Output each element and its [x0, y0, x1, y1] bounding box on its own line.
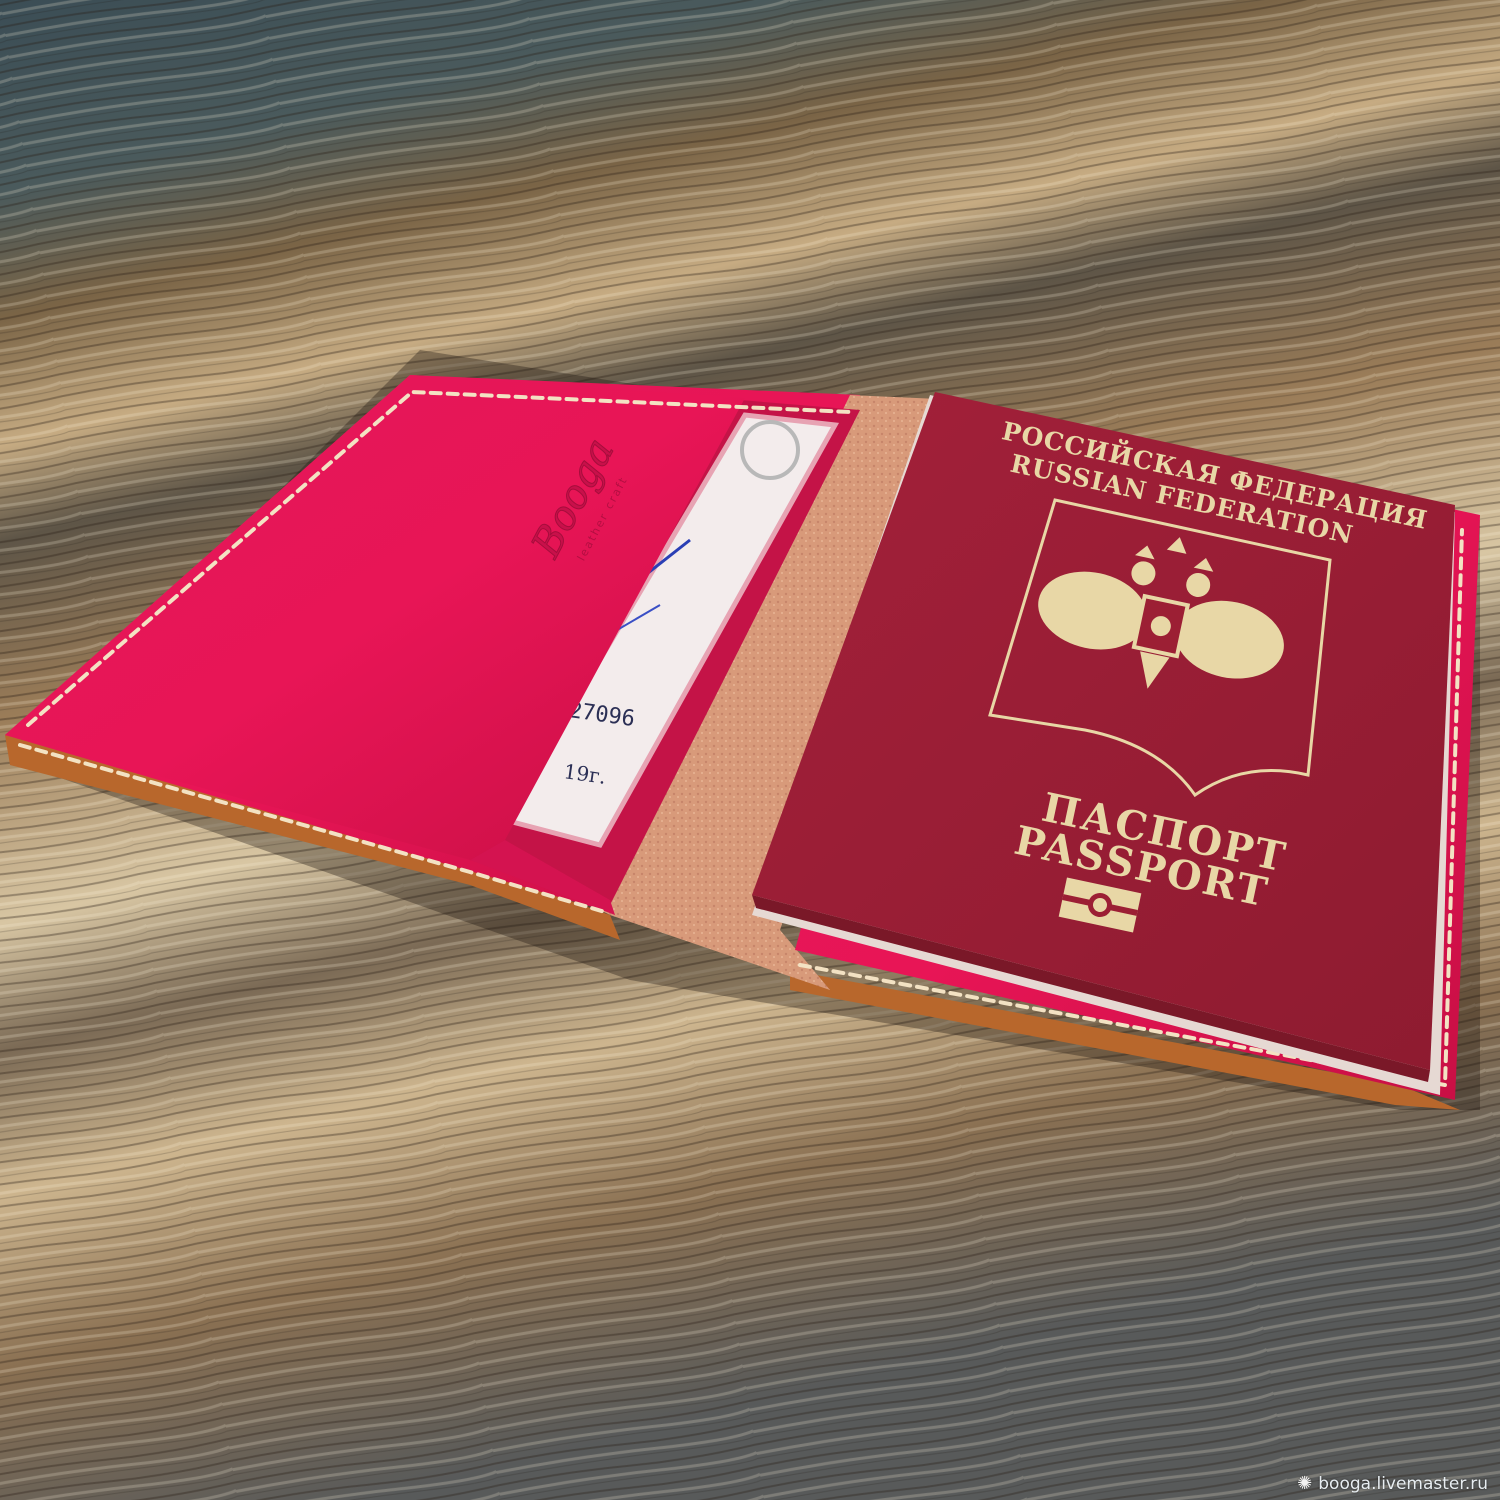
watermark: ✺ booga.livemaster.ru — [1297, 1474, 1488, 1494]
livemaster-star-icon: ✺ — [1297, 1475, 1312, 1493]
product-photo-scene: 127096 0 19г. Booga leather craft РОССИЙ… — [0, 0, 1500, 1500]
watermark-text: booga.livemaster.ru — [1318, 1474, 1488, 1494]
